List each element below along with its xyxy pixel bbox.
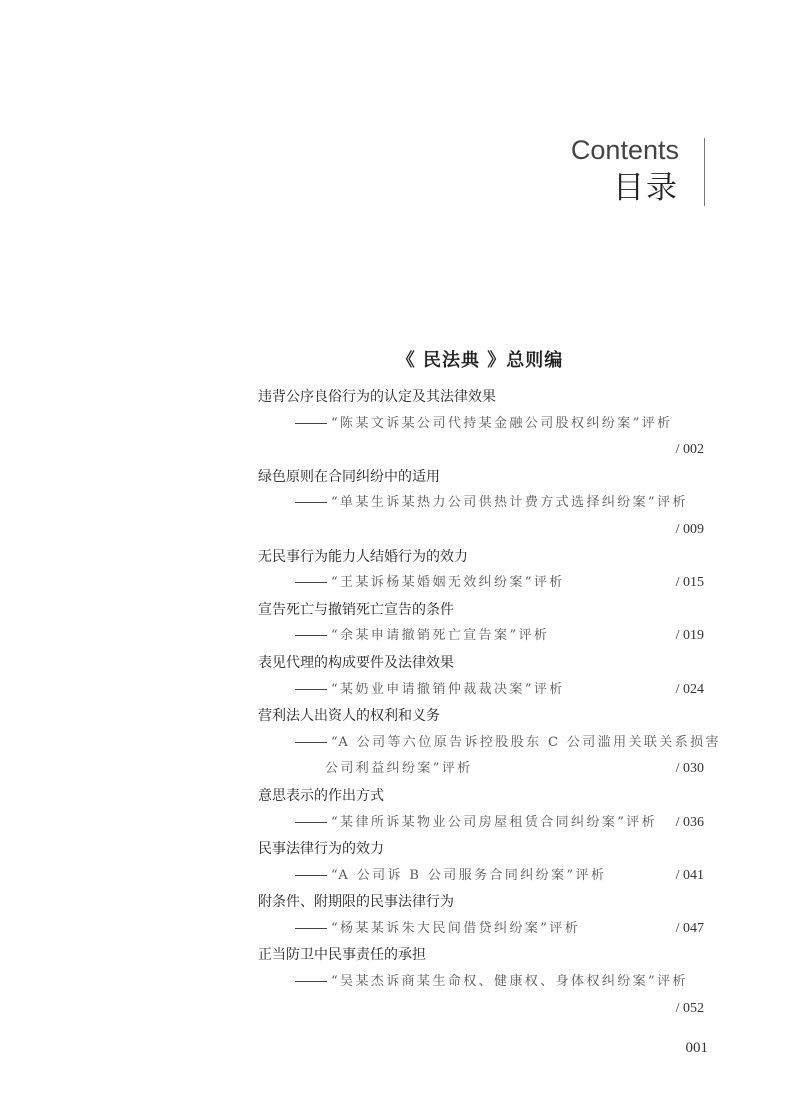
toc-page-number[interactable]: / 036 xyxy=(676,810,704,837)
toc-case-continued[interactable]: 公司利益纠纷案”评析/ 030 xyxy=(258,756,704,783)
toc-page-number[interactable]: / 009 xyxy=(676,517,704,544)
toc-chapter[interactable]: 民事法律行为的效力 xyxy=(258,836,704,863)
toc-case[interactable]: “杨某某诉朱大民间借贷纠纷案”评析/ 047 xyxy=(258,916,704,943)
em-dash xyxy=(295,742,327,743)
toc-chapter[interactable]: 违背公序良俗行为的认定及其法律效果 xyxy=(258,384,704,411)
toc-page-number[interactable]: / 002 xyxy=(676,437,704,464)
toc-case[interactable]: “A 公司诉 B 公司服务合同纠纷案”评析/ 041 xyxy=(258,863,704,890)
toc-page-number[interactable]: / 047 xyxy=(676,916,704,943)
em-dash xyxy=(295,928,327,929)
toc-page-row: / 002 xyxy=(258,437,704,464)
toc-list: 违背公序良俗行为的认定及其法律效果 “陈某文诉某公司代持某金融公司股权纠纷案”评… xyxy=(258,384,704,1022)
toc-chapter[interactable]: 正当防卫中民事责任的承担 xyxy=(258,942,704,969)
em-dash xyxy=(295,502,327,503)
toc-page-number[interactable]: / 030 xyxy=(676,756,704,783)
toc-chapter[interactable]: 附条件、附期限的民事法律行为 xyxy=(258,889,704,916)
toc-case[interactable]: “王某诉杨某婚姻无效纠纷案”评析/ 015 xyxy=(258,570,704,597)
toc-case[interactable]: “吴某杰诉商某生命权、健康权、身体权纠纷案”评析 xyxy=(258,969,704,996)
toc-case[interactable]: “单某生诉某热力公司供热计费方式选择纠纷案”评析 xyxy=(258,490,704,517)
em-dash xyxy=(295,822,327,823)
toc-case[interactable]: “某律所诉某物业公司房屋租赁合同纠纷案”评析/ 036 xyxy=(258,810,704,837)
toc-page-row: / 052 xyxy=(258,996,704,1023)
toc-chapter[interactable]: 宣告死亡与撤销死亡宣告的条件 xyxy=(258,597,704,624)
toc-case[interactable]: “陈某文诉某公司代持某金融公司股权纠纷案”评析 xyxy=(258,411,704,438)
toc-page-number[interactable]: / 041 xyxy=(676,863,704,890)
toc-chapter[interactable]: 意思表示的作出方式 xyxy=(258,783,704,810)
toc-page-number[interactable]: / 019 xyxy=(676,623,704,650)
toc-case[interactable]: “余某申请撤销死亡宣告案”评析/ 019 xyxy=(258,623,704,650)
toc-page-number[interactable]: / 015 xyxy=(676,570,704,597)
toc-case[interactable]: “A 公司等六位原告诉控股股东 C 公司滥用关联关系损害 xyxy=(258,730,704,757)
toc-page-number[interactable]: / 024 xyxy=(676,677,704,704)
toc-chapter[interactable]: 绿色原则在合同纠纷中的适用 xyxy=(258,464,704,491)
toc-page-row: / 009 xyxy=(258,517,704,544)
toc-page-number[interactable]: / 052 xyxy=(676,996,704,1023)
title-divider xyxy=(704,138,705,206)
em-dash xyxy=(295,423,327,424)
em-dash xyxy=(295,582,327,583)
toc-chapter[interactable]: 营利法人出资人的权利和义务 xyxy=(258,703,704,730)
toc-page: Contents 目录 《 民法典 》总则编 违背公序良俗行为的认定及其法律效果… xyxy=(0,0,799,1114)
em-dash xyxy=(295,689,327,690)
em-dash xyxy=(295,875,327,876)
toc-chapter[interactable]: 无民事行为能力人结婚行为的效力 xyxy=(258,544,704,571)
em-dash xyxy=(295,981,327,982)
contents-title-en: Contents xyxy=(571,134,679,166)
contents-title-zh: 目录 xyxy=(613,168,679,208)
part-title: 《 民法典 》总则编 xyxy=(250,346,710,372)
toc-chapter[interactable]: 表见代理的构成要件及法律效果 xyxy=(258,650,704,677)
toc-case[interactable]: “某奶业申请撤销仲裁裁决案”评析/ 024 xyxy=(258,677,704,704)
page-number: 001 xyxy=(686,1040,709,1057)
em-dash xyxy=(295,635,327,636)
